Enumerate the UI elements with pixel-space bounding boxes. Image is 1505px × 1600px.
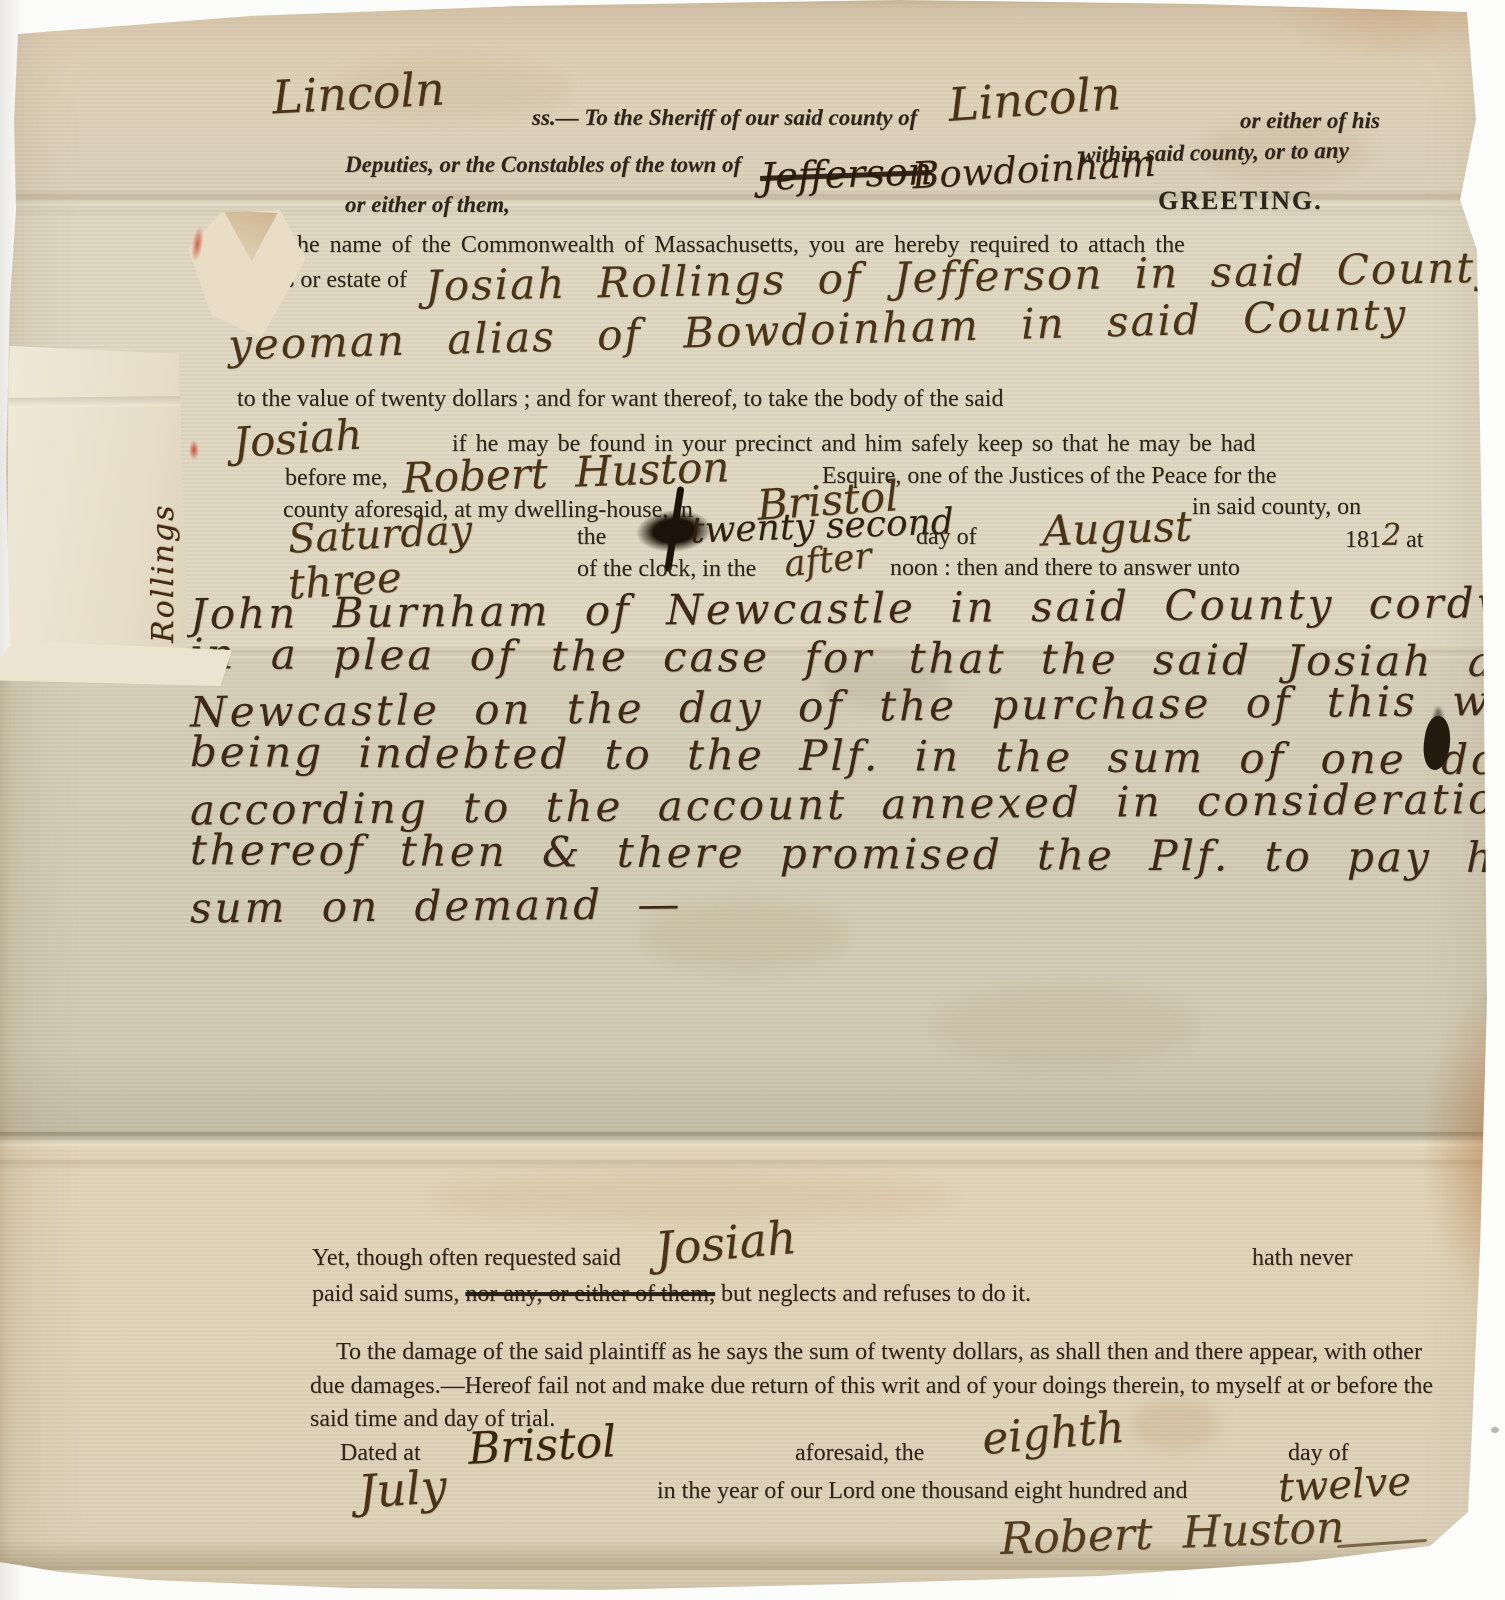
dated-month-fill: July (356, 1459, 448, 1519)
of-the-clock-line: of the clock, in the (577, 556, 756, 583)
paper-sheet: Lincoln ss.— To the Sheriff of our said … (0, 0, 1505, 1600)
day-of-label: day of (916, 524, 977, 551)
damages-paragraph: To the damage of the said plaintiff as h… (310, 1336, 1440, 1437)
dated-place-fill: Bristol (467, 1416, 618, 1475)
top-docket-county: Lincoln (271, 62, 446, 125)
scanned-writ-document: Lincoln ss.— To the Sheriff of our said … (0, 0, 1505, 1600)
rust-stain-top-edge (1275, 0, 1475, 60)
ss-sheriff-line: ss.— To the Sheriff of our said county o… (532, 105, 917, 131)
or-either-of-them: or either of them, (345, 192, 510, 218)
month-fill: August (1041, 501, 1192, 555)
defendant-name-fill: Josiah (231, 410, 363, 468)
town-name-struck: Jefferson (759, 149, 933, 199)
signature-flourish-dash (1337, 1539, 1427, 1548)
fold-crease-lower (0, 1132, 1505, 1150)
stain (430, 1175, 950, 1220)
aforesaid-the: aforesaid, the (795, 1440, 924, 1467)
before-me-label: before me, (285, 465, 388, 492)
year-of-our-lord-line: in the year of our Lord one thousand eig… (657, 1478, 1188, 1505)
rust-stain-right-edge (1425, 980, 1505, 1310)
year-printed-digits: 181 (1345, 527, 1381, 553)
within-county-line: within said county, or to any (1080, 138, 1349, 169)
fold-crease-lower-2 (0, 1160, 1505, 1170)
ink-dot (1404, 1558, 1426, 1572)
yet-requested-line: Yet, though often requested said (312, 1245, 621, 1272)
hath-never: hath never (1252, 1245, 1353, 1272)
after-fill: after (782, 536, 874, 586)
in-said-county-on: in said county, on (1192, 494, 1361, 521)
or-either-of-his: or either of his (1240, 108, 1380, 134)
deputies-line: Deputies, or the Constables of the town … (345, 152, 741, 178)
year-printed: 1812 at (1345, 520, 1423, 555)
noon-line: noon : then and there to answer unto (890, 555, 1240, 582)
declaration-block: John Burnham of Newcastle in said County… (190, 584, 1465, 927)
declaration-line: sum on demand — (190, 872, 1465, 932)
year-handwritten-digit: 2 (1382, 518, 1401, 553)
the-label: the (577, 524, 606, 551)
greeting-word: GREETING. (1158, 186, 1323, 216)
side-docket-name: Rollings (146, 428, 181, 643)
dated-ordinal-fill: eighth (980, 1402, 1127, 1465)
county-fill: Lincoln (946, 66, 1122, 132)
justice-signature: Robert Huston (999, 1502, 1345, 1565)
at-word: at (1406, 527, 1423, 553)
wafer-fold-notch (223, 210, 277, 261)
yet-defendant-name: Josiah (653, 1210, 799, 1276)
paid-sums-line: paid said sums, nor any, or either of th… (312, 1281, 1031, 1308)
background-speck (1491, 1427, 1499, 1433)
stain (930, 985, 1200, 1070)
red-ink-dot (189, 440, 199, 460)
value-line: to the value of twenty dollars ; and for… (237, 386, 1003, 413)
struck-words: nor any, or either of them, (465, 1281, 715, 1307)
neglects-refuses: but neglects and refuses to do it. (721, 1281, 1031, 1307)
paid-said-sums: paid said sums, (312, 1281, 459, 1307)
fold-shadow-band (0, 1048, 1505, 1136)
